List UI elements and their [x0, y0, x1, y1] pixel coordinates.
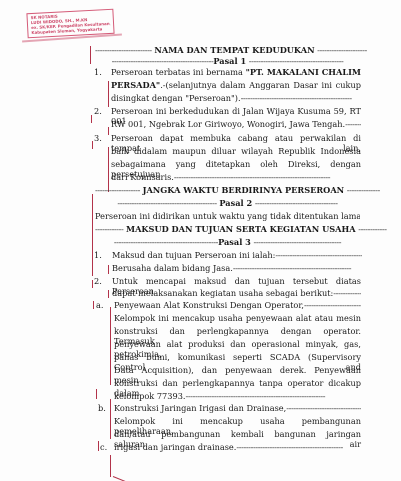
item-text: dari Komisaris.: [111, 172, 174, 182]
item-number: 1.: [94, 250, 102, 260]
item-text: Maksud dan tujuan Perseroan ini ialah:: [112, 250, 275, 260]
item-line: RW 001, Ngebrak Lor Giriwoyo, Wonogiri, …: [111, 119, 361, 129]
item-line: PERSADA".-(selanjutnya dalam Anggaran Da…: [111, 80, 361, 90]
sub-item-text: kelompok 77393.: [114, 391, 186, 401]
pasal-text: Pasal 2: [219, 198, 252, 208]
margin-mark: [91, 115, 92, 123]
item-text: dapat melaksanakan kegiatan usaha sebaga…: [112, 288, 333, 298]
paragraph-text: Perseroan ini didirikan untuk waktu yang…: [95, 211, 360, 221]
notary-stamp: SK NOTARIS LUDI WIDODO, SH., M.KN ex. SK…: [26, 9, 114, 39]
item-line: dari Komisaris.-------------------------…: [111, 172, 361, 182]
item-line: Perseroan terbatas ini bernama "PT. MAKA…: [111, 67, 361, 77]
section-heading: ------------------- JANGKA WAKTU BERDIRI…: [95, 185, 360, 195]
heading-text: MAKSUD DAN TUJUAN SERTA KEGIATAN USAHA: [126, 224, 356, 234]
margin-mark: [110, 307, 111, 385]
margin-mark: [90, 46, 91, 64]
margin-mark: [110, 399, 111, 439]
heading-text: NAMA DAN TEMPAT KEDUDUKAN: [154, 45, 314, 55]
margin-mark: [108, 290, 109, 298]
margin-mark-diagonal: [113, 476, 136, 481]
item-number: 2.: [94, 276, 102, 286]
item-text: Berusaha dalam bidang Jasa.: [112, 263, 233, 273]
item-text: disingkat dengan "Perseroan").: [111, 93, 241, 103]
item-line: disingkat dengan "Perseroan").----------…: [111, 93, 361, 103]
item-number: 3.: [94, 133, 102, 143]
margin-mark: [92, 194, 93, 276]
sub-item-title-text: Konstruksi Jaringan Irigasi dan Drainase…: [114, 403, 286, 413]
sub-item-letter: a.: [96, 300, 103, 310]
sub-item-letter: c.: [100, 442, 107, 452]
margin-mark: [110, 455, 111, 477]
heading-text: JANGKA WAKTU BERDIRINYA PERSEROAN: [143, 185, 345, 195]
margin-mark: [108, 127, 109, 135]
margin-mark: [93, 301, 94, 309]
sub-item-title: Konstruksi Jaringan Irigasi dan Drainase…: [114, 403, 361, 413]
pasal-text: Pasal 1: [213, 56, 246, 66]
section-heading: ------------------------ NAMA DAN TEMPAT…: [95, 45, 360, 55]
pasal-label: ----------------------------------------…: [95, 237, 360, 247]
margin-mark: [108, 265, 109, 274]
sub-item-line: kelompok 77393.-------------------------…: [114, 391, 361, 401]
item-line: Berusaha dalam bidang Jasa.-------------…: [112, 263, 362, 273]
sub-item-line: Kelompok ini mencakup usaha penyewaan al…: [114, 313, 361, 323]
item-line: Maksud dan tujuan Perseroan ini ialah:--…: [112, 250, 362, 260]
item-number: 2.: [94, 106, 102, 116]
pasal-label: ----------------------------------------…: [95, 198, 360, 208]
sub-item-title-text: Penyewaan Alat Konstruksi Dengan Operato…: [114, 300, 304, 310]
sub-item-title: Penyewaan Alat Konstruksi Dengan Operato…: [114, 300, 361, 310]
pasal-text: Pasal 3: [218, 237, 251, 247]
pasal-label: ----------------------------------------…: [95, 56, 360, 66]
sub-item-letter: b.: [98, 403, 106, 413]
section-heading: ------------ MAKSUD DAN TUJUAN SERTA KEG…: [95, 224, 360, 234]
item-number: 1.: [94, 67, 102, 77]
item-line: baik didalam maupun diluar wilayah Repub…: [111, 146, 361, 156]
sub-item-line: irigasi dan jaringan drainase.----------…: [114, 442, 361, 452]
margin-mark: [108, 81, 109, 107]
margin-mark: [96, 389, 97, 399]
paragraph: Perseroan ini didirikan untuk waktu yang…: [95, 211, 360, 221]
sub-item-text: irigasi dan jaringan drainase.: [114, 442, 236, 452]
item-text: RW 001, Ngebrak Lor Giriwoyo, Wonogiri, …: [111, 119, 345, 129]
item-line: dapat melaksanakan kegiatan usaha sebaga…: [112, 288, 361, 298]
document-page: SK NOTARIS LUDI WIDODO, SH., M.KN ex. SK…: [0, 0, 401, 481]
